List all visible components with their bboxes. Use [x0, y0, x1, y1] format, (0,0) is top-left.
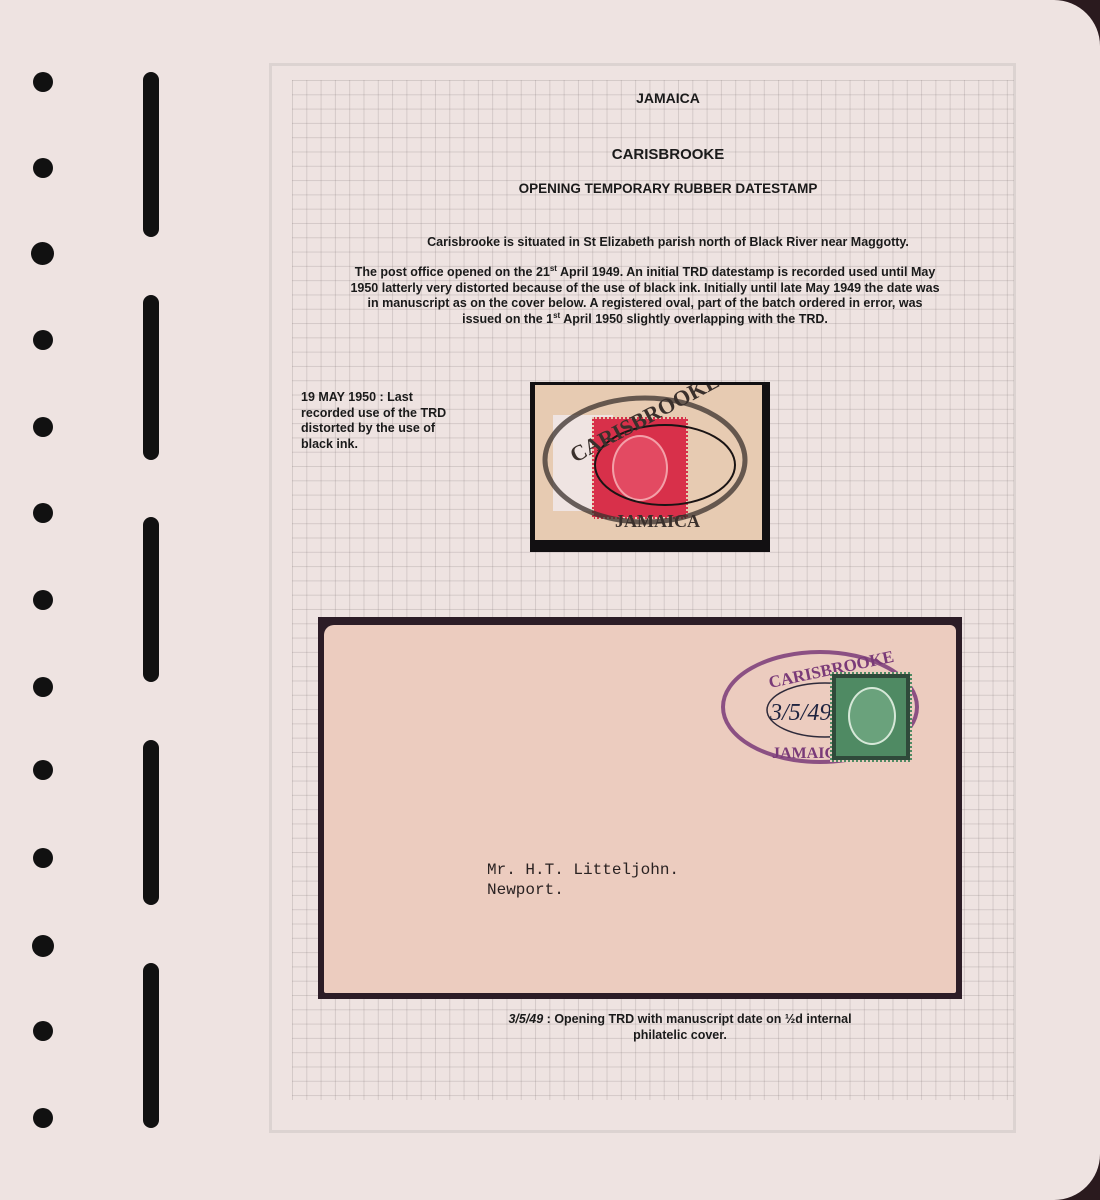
manuscript-date: 3/5/49	[769, 700, 831, 726]
binder-hole	[33, 72, 53, 92]
binder-hole	[33, 1021, 53, 1041]
page-subtitle: OPENING TEMPORARY RUBBER DATESTAMP	[292, 181, 1044, 196]
stamp-halfpenny	[830, 672, 912, 762]
binder-hole	[31, 242, 54, 265]
binder-hole	[33, 417, 53, 437]
postmark-bottom-text: JAMAICA	[615, 511, 700, 531]
oval-postmark: CARISBROOKE JAMAICA	[535, 385, 762, 540]
intro-text: Carisbrooke is situated in St Elizabeth …	[292, 235, 1044, 249]
binder-hole	[33, 760, 53, 780]
album-page: JAMAICA CARISBROOKE OPENING TEMPORARY RU…	[0, 0, 1100, 1200]
piece-caption: 19 MAY 1950 : Last recorded use of the T…	[301, 390, 451, 452]
binder-slot	[143, 740, 159, 905]
cover-address: Mr. H.T. Litteljohn. Newport.	[487, 860, 679, 900]
caption-separator: :	[543, 1012, 554, 1026]
country-heading: JAMAICA	[292, 90, 1044, 106]
binder-hole	[32, 935, 54, 957]
binder-hole	[33, 503, 53, 523]
caption-date: 3/5/49	[508, 1012, 543, 1026]
paragraph-text: April 1950 slightly overlapping with the…	[560, 312, 828, 326]
binder-hole	[33, 590, 53, 610]
history-paragraph: The post office opened on the 21st April…	[350, 265, 940, 327]
binder-slot	[143, 963, 159, 1128]
binder-hole	[33, 848, 53, 868]
stamp-portrait-frame	[848, 687, 896, 745]
ordinal-suffix: st	[550, 264, 557, 273]
stamp-on-piece: CARISBROOKE JAMAICA	[535, 385, 762, 540]
binder-hole	[33, 677, 53, 697]
binder-hole	[33, 330, 53, 350]
binder-slot	[143, 295, 159, 460]
paragraph-text: The post office opened on the 21	[355, 265, 550, 279]
caption-text: Opening TRD with manuscript date on ½d i…	[554, 1012, 851, 1042]
place-heading: CARISBROOKE	[292, 146, 1044, 163]
binder-hole	[33, 158, 53, 178]
cover-caption: 3/5/49 : Opening TRD with manuscript dat…	[500, 1012, 860, 1043]
binder-slot	[143, 72, 159, 237]
binder-hole	[33, 1108, 53, 1128]
binder-slot	[143, 517, 159, 682]
